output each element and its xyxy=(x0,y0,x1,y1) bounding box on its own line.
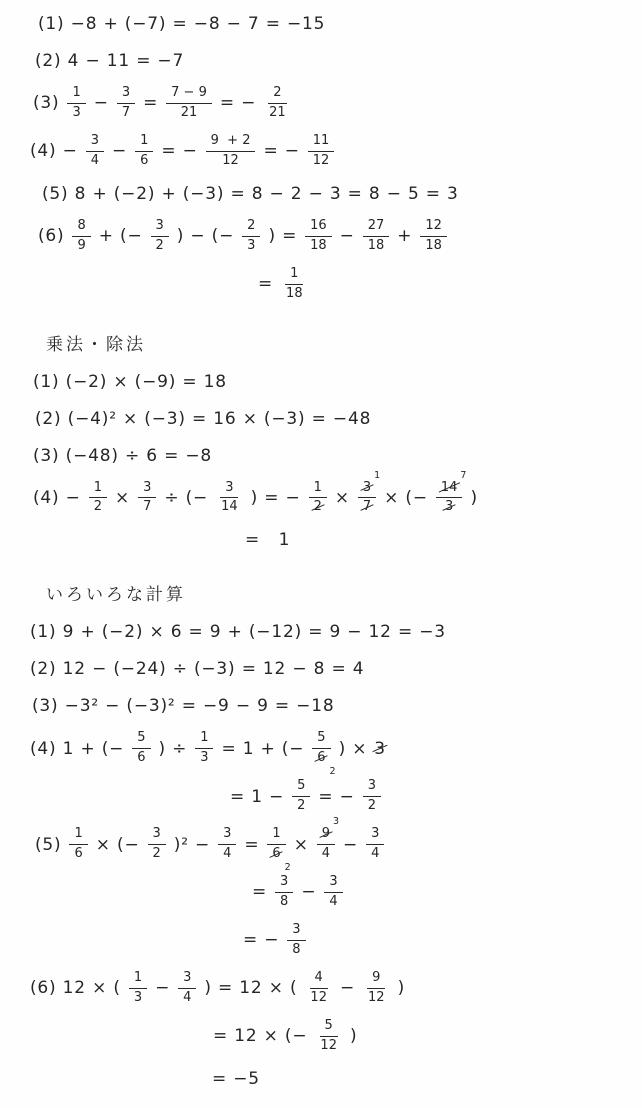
fraction-value: 7 − 9 xyxy=(171,86,207,101)
fraction-value: 4 xyxy=(371,847,379,862)
fraction: 912 xyxy=(363,971,390,1006)
math-text: = xyxy=(143,93,158,113)
section-heading: いろいろな計算 xyxy=(46,580,628,604)
fraction: 162 xyxy=(267,827,285,862)
fraction-value: 6 xyxy=(137,751,145,766)
math-text: × (− xyxy=(384,488,428,508)
fraction: 32 xyxy=(363,779,381,814)
fraction-value: 3 xyxy=(225,481,233,496)
fraction: 1218 xyxy=(420,219,447,254)
fraction-value: 4 xyxy=(223,847,231,862)
problem: (6)89+ (−32) − (−23) =1618−2718+1218=118 xyxy=(30,217,628,304)
fraction-numerator: 2 xyxy=(268,86,286,104)
fraction-value: 7 xyxy=(122,106,130,121)
fraction-value: 3 xyxy=(122,86,130,101)
fraction-value: 1 xyxy=(140,134,148,149)
fraction: 9 + 212 xyxy=(206,134,256,169)
fraction-value: 21 xyxy=(269,106,286,121)
fraction-value: 18 xyxy=(425,239,442,254)
fraction-numerator: 1 xyxy=(89,481,107,499)
fraction: 34 xyxy=(366,827,384,862)
fraction: 16 xyxy=(135,134,153,169)
math-text: (2) 12 − (−24) ÷ (−3) = 12 − 8 = 4 xyxy=(30,659,364,679)
math-text: ) ÷ xyxy=(159,739,188,759)
fraction: 38 xyxy=(275,875,293,910)
fraction-numerator: 5 xyxy=(312,731,330,749)
fraction-value: 1 xyxy=(72,86,80,101)
fraction: 12 xyxy=(309,481,327,516)
math-text: (4) − xyxy=(33,488,81,508)
problem: (5)16× (−32)² −34=162×934−34=38−34= −38 xyxy=(30,825,628,960)
math-text: (4) − xyxy=(30,141,78,161)
fraction-value: 2 xyxy=(247,219,255,234)
math-text: (3) −3² − (−3)² = −9 − 9 = −18 xyxy=(32,696,334,716)
fraction-denominator: 18 xyxy=(420,237,447,254)
fraction-value: 3 xyxy=(445,500,453,515)
fraction-numerator: 3 xyxy=(275,875,293,893)
math-text: (1) (−2) × (−9) = 18 xyxy=(33,372,227,392)
fraction-value: 3 xyxy=(292,923,300,938)
math-text: ) = xyxy=(268,226,297,246)
problem: (3)13−37=7 − 921= −221 xyxy=(30,84,628,123)
math-text: × (− xyxy=(96,835,140,855)
fraction-value: 2 xyxy=(297,799,305,814)
fraction: 37 xyxy=(117,86,135,121)
fraction-value: 3 xyxy=(91,134,99,149)
fraction-denominator: 3 xyxy=(440,498,458,515)
fraction-denominator: 21 xyxy=(176,104,203,121)
math-text: = −5 xyxy=(212,1069,260,1089)
fraction-numerator: 16 xyxy=(305,219,332,237)
fraction: 13 xyxy=(67,86,85,121)
fraction-value: 1 xyxy=(74,827,82,842)
math-text: ) = − xyxy=(251,488,301,508)
fraction-value: 1 xyxy=(134,971,142,986)
cancel-mark: 2 xyxy=(285,863,291,873)
fraction-value: 1 xyxy=(94,481,102,496)
math-text: (2) 4 − 11 = −7 xyxy=(35,51,184,71)
fraction-denominator: 2 xyxy=(89,498,107,515)
fraction-value: 2 xyxy=(368,799,376,814)
fraction-value: 3 xyxy=(371,827,379,842)
fraction: 1112 xyxy=(308,134,335,169)
fraction-value: 6 xyxy=(74,847,82,862)
fraction: 32 xyxy=(151,219,169,254)
problem: (4) −34−16= −9 + 212= −1112 xyxy=(30,132,628,171)
math-text: = xyxy=(244,835,259,855)
problem: (6) 12 × (13−34) = 12 × (412−912)= 12 × … xyxy=(30,969,628,1093)
worksheet-section: (1) −8 + (−7) = −8 − 7 = −15(2) 4 − 11 =… xyxy=(30,10,628,304)
fraction-value: 62 xyxy=(272,847,280,862)
math-text: + (− xyxy=(99,226,143,246)
fraction-denominator: 7 xyxy=(117,104,135,121)
fraction-value: 4 xyxy=(91,154,99,169)
problem: (1) (−2) × (−9) = 18 xyxy=(30,368,628,396)
fraction-denominator: 18 xyxy=(305,237,332,254)
math-text: = xyxy=(258,274,273,294)
math-text: ) = 12 × ( xyxy=(204,978,297,998)
fraction-value: 9 + 2 xyxy=(211,134,251,149)
fraction-value: 3 xyxy=(247,239,255,254)
fraction-value: 4 xyxy=(315,971,323,986)
fraction-value: 1 xyxy=(200,731,208,746)
fraction-numerator: 1 xyxy=(129,971,147,989)
fraction-numerator: 8 xyxy=(72,219,90,237)
fraction-value: 6 xyxy=(140,154,148,169)
fraction-value: 21 xyxy=(181,106,198,121)
fraction-numerator: 1 xyxy=(285,267,303,285)
fraction-value: 1 xyxy=(272,827,280,842)
fraction-numerator: 7 − 9 xyxy=(166,86,212,104)
fraction: 56 xyxy=(132,731,150,766)
math-text: = − xyxy=(243,930,279,950)
fraction-value: 3 xyxy=(200,751,208,766)
fraction-denominator: 2 xyxy=(309,498,327,515)
math-text: (1) 9 + (−2) × 6 = 9 + (−12) = 9 − 12 = … xyxy=(30,622,446,642)
fraction-value: 12 xyxy=(313,154,330,169)
fraction: 118 xyxy=(281,267,308,302)
fraction-numerator: 5 xyxy=(292,779,310,797)
math-text: ) xyxy=(398,978,405,998)
fraction-value: 2 xyxy=(94,500,102,515)
math-line: (5) 8 + (−2) + (−3) = 8 − 2 − 3 = 8 − 5 … xyxy=(42,180,628,208)
problem: (1) −8 + (−7) = −8 − 7 = −15 xyxy=(30,10,628,38)
fraction-numerator: 11 xyxy=(308,134,335,152)
fraction-numerator: 31 xyxy=(358,481,376,499)
problem: (5) 8 + (−2) + (−3) = 8 − 2 − 3 = 8 − 5 … xyxy=(30,180,628,208)
fraction-value: 5 xyxy=(137,731,145,746)
cancel-mark: 3 xyxy=(333,817,339,827)
math-text: = − xyxy=(161,141,197,161)
math-text: (3) xyxy=(33,93,59,113)
fraction-numerator: 9 xyxy=(367,971,385,989)
fraction-denominator: 62 xyxy=(267,845,285,862)
fraction-value: 27 xyxy=(368,219,385,234)
math-text: ) xyxy=(470,488,477,508)
fraction-denominator: 12 xyxy=(217,152,244,169)
math-line: (5)16× (−32)² −34=162×934−34 xyxy=(35,825,628,864)
fraction-value: 18 xyxy=(286,287,303,302)
fraction-denominator: 18 xyxy=(363,237,390,254)
fraction-numerator: 9 + 2 xyxy=(206,134,256,152)
math-line: = 1 xyxy=(245,526,628,554)
math-line: (4) 1 + (−56) ÷13= 1 + (−562) ×3 xyxy=(30,729,628,768)
fraction-value: 18 xyxy=(368,239,385,254)
fraction-value: 147 xyxy=(441,481,458,496)
fraction: 32 xyxy=(148,827,166,862)
math-line: =38−34 xyxy=(252,873,628,912)
fraction-value: 4 xyxy=(322,847,330,862)
fraction-value: 2 xyxy=(314,500,322,515)
fraction-value: 3 xyxy=(134,991,142,1006)
fraction-numerator: 12 xyxy=(420,219,447,237)
problem: (2) 12 − (−24) ÷ (−3) = 12 − 8 = 4 xyxy=(30,655,628,683)
fraction: 34 xyxy=(178,971,196,1006)
problem: (1) 9 + (−2) × 6 = 9 + (−12) = 9 − 12 = … xyxy=(30,618,628,646)
math-text: − xyxy=(112,141,127,161)
fraction-value: 5 xyxy=(325,1019,333,1034)
fraction-numerator: 3 xyxy=(86,134,104,152)
fraction-numerator: 3 xyxy=(148,827,166,845)
fraction-value: 62 xyxy=(317,751,325,766)
problem: (3) (−48) ÷ 6 = −8 xyxy=(30,442,628,470)
math-line: (3)13−37=7 − 921= −221 xyxy=(33,84,628,123)
math-text: − xyxy=(155,978,170,998)
fraction-denominator: 6 xyxy=(132,749,150,766)
fraction: 12 xyxy=(89,481,107,516)
fraction-value: 5 xyxy=(297,779,305,794)
fraction: 16 xyxy=(69,827,87,862)
fraction-denominator: 12 xyxy=(315,1037,342,1054)
fraction: 562 xyxy=(312,731,330,766)
fraction-denominator: 8 xyxy=(275,893,293,910)
math-text: 3 xyxy=(374,739,386,759)
fraction-numerator: 147 xyxy=(436,481,463,499)
fraction: 512 xyxy=(315,1019,342,1054)
fraction-value: 9 xyxy=(372,971,380,986)
fraction-value: 7 xyxy=(363,500,371,515)
cancel-mark: 7 xyxy=(460,471,466,481)
math-text: = 1 xyxy=(245,530,290,550)
fraction: 317 xyxy=(358,481,376,516)
fraction: 23 xyxy=(242,219,260,254)
math-text: (1) −8 + (−7) = −8 − 7 = −15 xyxy=(38,14,325,34)
fraction-value: 18 xyxy=(310,239,327,254)
fraction-denominator: 7 xyxy=(358,498,376,515)
fraction-value: 12 xyxy=(310,991,327,1006)
fraction-denominator: 9 xyxy=(72,237,90,254)
fraction-value: 93 xyxy=(322,827,330,842)
fraction: 314 xyxy=(216,481,243,516)
math-text: = − xyxy=(263,141,299,161)
fraction: 34 xyxy=(86,134,104,169)
fraction-denominator: 2 xyxy=(363,797,381,814)
math-line: (6) 12 × (13−34) = 12 × (412−912) xyxy=(30,969,628,1008)
fraction-numerator: 3 xyxy=(151,219,169,237)
fraction: 13 xyxy=(129,971,147,1006)
math-line: (2) 12 − (−24) ÷ (−3) = 12 − 8 = 4 xyxy=(30,655,628,683)
fraction-numerator: 1 xyxy=(135,134,153,152)
fraction-numerator: 3 xyxy=(287,923,305,941)
fraction-denominator: 18 xyxy=(281,285,308,302)
fraction-numerator: 3 xyxy=(220,481,238,499)
math-text: ) xyxy=(350,1026,357,1046)
fraction-denominator: 3 xyxy=(195,749,213,766)
fraction-denominator: 3 xyxy=(242,237,260,254)
math-line: (2) 4 − 11 = −7 xyxy=(35,47,628,75)
math-text: (4) 1 + (− xyxy=(30,739,124,759)
fraction-numerator: 3 xyxy=(178,971,196,989)
fraction-denominator: 3 xyxy=(67,104,85,121)
math-text: = 1 − xyxy=(230,787,284,807)
cancel-mark: 2 xyxy=(330,767,336,777)
fraction-value: 3 xyxy=(368,779,376,794)
fraction-denominator: 62 xyxy=(312,749,330,766)
math-text: − xyxy=(340,226,355,246)
math-text: − xyxy=(301,882,316,902)
fraction-denominator: 8 xyxy=(287,941,305,958)
fraction: 52 xyxy=(292,779,310,814)
worksheet-section: いろいろな計算(1) 9 + (−2) × 6 = 9 + (−12) = 9 … xyxy=(30,580,628,1092)
math-line: =118 xyxy=(258,265,628,304)
fraction-value: 2 xyxy=(273,86,281,101)
fraction-numerator: 3 xyxy=(363,779,381,797)
math-text: × xyxy=(115,488,130,508)
fraction-value: 3 xyxy=(156,219,164,234)
fraction: 34 xyxy=(218,827,236,862)
math-line: (2) (−4)² × (−3) = 16 × (−3) = −48 xyxy=(35,405,628,433)
math-text: − xyxy=(94,93,109,113)
math-line: (1) 9 + (−2) × 6 = 9 + (−12) = 9 − 12 = … xyxy=(30,618,628,646)
math-text: = 12 × (− xyxy=(213,1026,307,1046)
math-line: (4) −34−16= −9 + 212= −1112 xyxy=(30,132,628,171)
problem: (3) −3² − (−3)² = −9 − 9 = −18 xyxy=(30,692,628,720)
fraction-denominator: 7 xyxy=(138,498,156,515)
fraction-value: 4 xyxy=(183,991,191,1006)
fraction: 221 xyxy=(264,86,291,121)
fraction-value: 3 xyxy=(183,971,191,986)
fraction: 412 xyxy=(305,971,332,1006)
cancel-mark: 1 xyxy=(374,471,380,481)
problem: (2) 4 − 11 = −7 xyxy=(30,47,628,75)
math-line: (1) −8 + (−7) = −8 − 7 = −15 xyxy=(38,10,628,38)
fraction-value: 1 xyxy=(290,267,298,282)
math-text: = 1 + (− xyxy=(221,739,304,759)
fraction: 34 xyxy=(324,875,342,910)
worksheet: (1) −8 + (−7) = −8 − 7 = −15(2) 4 − 11 =… xyxy=(0,0,642,1108)
fraction: 1473 xyxy=(436,481,463,516)
fraction-numerator: 3 xyxy=(324,875,342,893)
fraction-numerator: 5 xyxy=(320,1019,338,1037)
fraction-value: 12 xyxy=(222,154,239,169)
fraction-value: 1 xyxy=(314,481,322,496)
fraction: 7 − 921 xyxy=(166,86,212,121)
fraction-value: 3 xyxy=(280,875,288,890)
math-text: ) × xyxy=(339,739,368,759)
math-line: = −5 xyxy=(212,1065,628,1093)
fraction-numerator: 1 xyxy=(309,481,327,499)
fraction-value: 2 xyxy=(153,847,161,862)
math-text: = − xyxy=(318,787,354,807)
fraction-numerator: 1 xyxy=(69,827,87,845)
problem: (4) 1 + (−56) ÷13= 1 + (−562) ×3= 1 −52=… xyxy=(30,729,628,816)
math-line: (1) (−2) × (−9) = 18 xyxy=(33,368,628,396)
math-text: (3) (−48) ÷ 6 = −8 xyxy=(33,446,212,466)
fraction-denominator: 21 xyxy=(264,104,291,121)
fraction-denominator: 3 xyxy=(129,989,147,1006)
math-text: (5) xyxy=(35,835,61,855)
section-heading: 乗法・除法 xyxy=(46,330,628,354)
math-line: = 12 × (−512) xyxy=(213,1017,628,1056)
problem: (4) −12×37÷ (−314) = −12×317× (−1473)= 1 xyxy=(30,479,628,555)
math-text: (2) (−4)² × (−3) = 16 × (−3) = −48 xyxy=(35,409,371,429)
fraction-denominator: 4 xyxy=(366,845,384,862)
math-text: (6) 12 × ( xyxy=(30,978,121,998)
fraction-numerator: 1 xyxy=(195,731,213,749)
fraction-numerator: 2 xyxy=(242,219,260,237)
math-line: = −38 xyxy=(243,921,628,960)
fraction: 1618 xyxy=(305,219,332,254)
fraction-denominator: 4 xyxy=(86,152,104,169)
fraction-denominator: 6 xyxy=(135,152,153,169)
math-line: (4) −12×37÷ (−314) = −12×317× (−1473) xyxy=(33,479,628,518)
math-text: × xyxy=(294,835,309,855)
fraction-value: 3 xyxy=(153,827,161,842)
fraction-denominator: 4 xyxy=(218,845,236,862)
math-line: (3) (−48) ÷ 6 = −8 xyxy=(33,442,628,470)
fraction-value: 7 xyxy=(143,500,151,515)
fraction-numerator: 93 xyxy=(317,827,335,845)
math-text: − xyxy=(343,835,358,855)
math-text: + xyxy=(397,226,412,246)
math-text: ) − (− xyxy=(177,226,234,246)
fraction-denominator: 12 xyxy=(305,989,332,1006)
math-text: (5) 8 + (−2) + (−3) = 8 − 2 − 3 = 8 − 5 … xyxy=(42,184,459,204)
fraction: 38 xyxy=(287,923,305,958)
fraction-numerator: 27 xyxy=(363,219,390,237)
fraction-value: 3 xyxy=(72,106,80,121)
fraction-value: 12 xyxy=(320,1039,337,1054)
fraction-value: 31 xyxy=(363,481,371,496)
math-text: − xyxy=(340,978,355,998)
fraction-numerator: 3 xyxy=(117,86,135,104)
fraction: 37 xyxy=(138,481,156,516)
math-text: (6) xyxy=(38,226,64,246)
fraction-value: 16 xyxy=(310,219,327,234)
fraction-denominator: 2 xyxy=(148,845,166,862)
math-text: × xyxy=(335,488,350,508)
fraction-denominator: 12 xyxy=(308,152,335,169)
worksheet-section: 乗法・除法(1) (−2) × (−9) = 18(2) (−4)² × (−3… xyxy=(30,330,628,555)
math-line: (3) −3² − (−3)² = −9 − 9 = −18 xyxy=(32,692,628,720)
fraction-numerator: 5 xyxy=(132,731,150,749)
fraction-numerator: 4 xyxy=(310,971,328,989)
fraction-numerator: 1 xyxy=(67,86,85,104)
fraction-value: 12 xyxy=(368,991,385,1006)
math-text: ÷ (− xyxy=(164,488,208,508)
fraction-value: 8 xyxy=(280,895,288,910)
fraction: 13 xyxy=(195,731,213,766)
fraction-value: 2 xyxy=(156,239,164,254)
problem: (2) (−4)² × (−3) = 16 × (−3) = −48 xyxy=(30,405,628,433)
fraction-value: 12 xyxy=(425,219,442,234)
math-text: )² − xyxy=(174,835,210,855)
fraction-value: 14 xyxy=(221,500,238,515)
fraction-denominator: 2 xyxy=(151,237,169,254)
fraction: 89 xyxy=(72,219,90,254)
fraction-value: 8 xyxy=(292,943,300,958)
fraction-denominator: 12 xyxy=(363,989,390,1006)
fraction-value: 3 xyxy=(223,827,231,842)
fraction-value: 9 xyxy=(77,239,85,254)
fraction-denominator: 6 xyxy=(69,845,87,862)
fraction-numerator: 1 xyxy=(267,827,285,845)
fraction-value: 4 xyxy=(329,895,337,910)
fraction-denominator: 2 xyxy=(292,797,310,814)
math-text: = xyxy=(252,882,267,902)
fraction-denominator: 4 xyxy=(324,893,342,910)
fraction: 2718 xyxy=(363,219,390,254)
fraction-denominator: 4 xyxy=(178,989,196,1006)
math-text: = − xyxy=(220,93,256,113)
fraction-numerator: 3 xyxy=(218,827,236,845)
fraction-value: 3 xyxy=(329,875,337,890)
fraction-value: 8 xyxy=(77,219,85,234)
fraction: 934 xyxy=(317,827,335,862)
fraction-numerator: 3 xyxy=(138,481,156,499)
fraction-denominator: 4 xyxy=(317,845,335,862)
fraction-value: 5 xyxy=(317,731,325,746)
